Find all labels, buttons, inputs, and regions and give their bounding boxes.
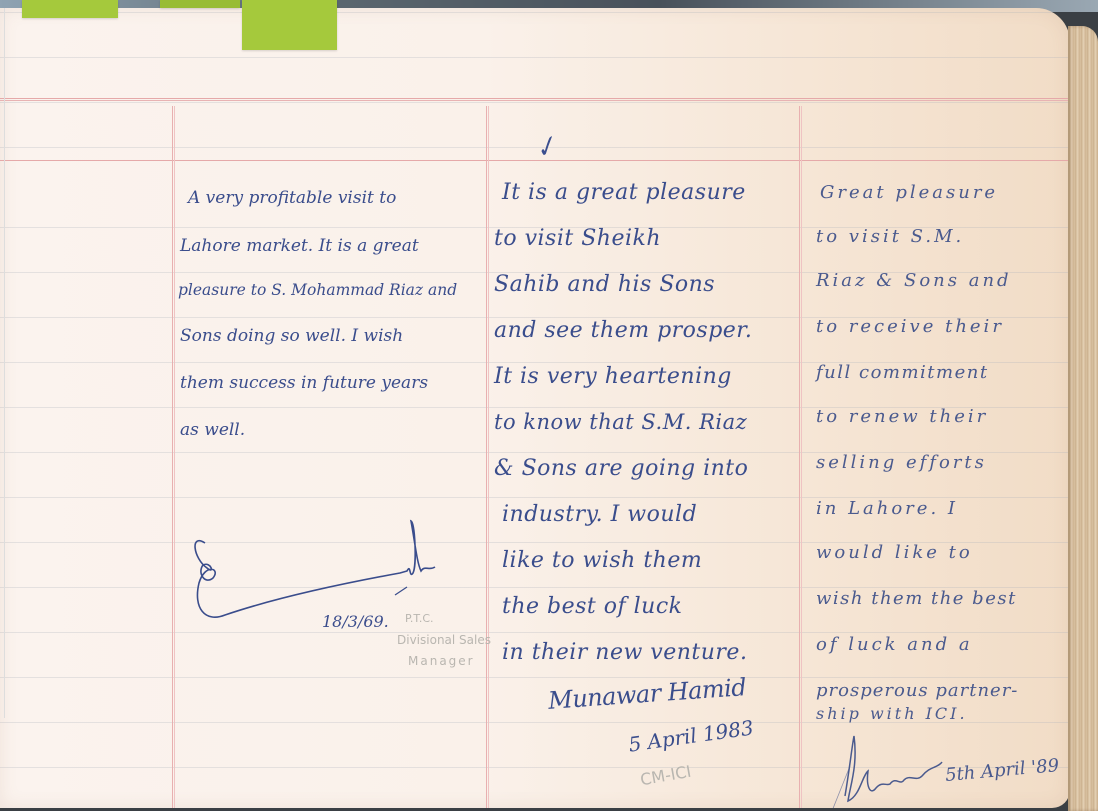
column-rule-2: [486, 106, 489, 808]
green-tab-2: [160, 0, 240, 8]
entry-line: to visit Sheikh: [494, 226, 661, 251]
entry-line: to receive their: [816, 316, 1004, 337]
entry-line: to renew their: [816, 406, 988, 427]
entry-line: like to wish them: [502, 548, 702, 573]
entry-line: in their new venture.: [502, 640, 747, 665]
header-rule-top: [0, 98, 1070, 101]
entry-line: wish them the best: [816, 588, 1017, 609]
entry-line: It is very heartening: [494, 364, 732, 389]
page-stack-edge: [1068, 26, 1098, 811]
entry-line: to visit S.M.: [816, 226, 964, 247]
entry-line: of luck and a: [816, 634, 973, 655]
date-1: 18/3/69.: [322, 612, 389, 631]
entry-line: and see them prosper.: [494, 318, 752, 343]
entry-line: ship with ICI.: [816, 704, 968, 723]
pencil-note-1c: Manager: [408, 654, 475, 668]
header-rule-bottom: [0, 160, 1070, 161]
entry-line: Sons doing so well. I wish: [180, 326, 403, 346]
page-edge-rule: [4, 8, 5, 718]
entry-line: to know that S.M. Riaz: [494, 410, 747, 434]
entry-line: selling efforts: [816, 452, 987, 473]
entry-line: the best of luck: [502, 594, 683, 619]
entry-line: prosperous partner-: [816, 680, 1018, 701]
pencil-note-1a: P.T.C.: [405, 612, 434, 625]
entry-line: Great pleasure: [820, 182, 998, 203]
column-rule-1: [172, 106, 175, 808]
ledger-page: A very profitable visit to Lahore market…: [0, 8, 1070, 808]
entry-line: pleasure to S. Mohammad Riaz and: [178, 281, 457, 299]
entry-line: Sahib and his Sons: [494, 272, 715, 297]
entry-line: Riaz & Sons and: [816, 270, 1012, 291]
green-tab-1: [22, 0, 118, 18]
entry-line: them success in future years: [180, 373, 428, 393]
entry-line: Lahore market. It is a great: [180, 236, 419, 256]
entry-line: full commitment: [816, 362, 989, 383]
entry-line: A very profitable visit to: [188, 188, 396, 208]
pencil-note-1b: Divisional Sales: [397, 633, 491, 647]
entry-line: would like to: [816, 542, 973, 563]
entry-line: It is a great pleasure: [502, 180, 746, 205]
entry-line: as well.: [180, 420, 245, 440]
green-tab-3: [242, 0, 337, 50]
entry-line: in Lahore. I: [816, 498, 958, 519]
entry-line: industry. I would: [502, 502, 697, 527]
column-rule-3: [799, 106, 802, 808]
entry-line: & Sons are going into: [494, 456, 748, 481]
